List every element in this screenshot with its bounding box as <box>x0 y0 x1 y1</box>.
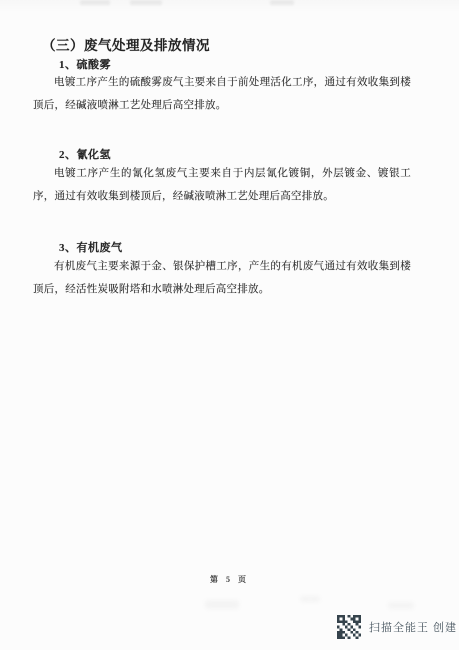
page-number: 第 5 页 <box>0 574 459 585</box>
qr-code-icon <box>337 615 361 639</box>
scan-artifact <box>205 600 239 609</box>
section-3-title: 3、有机废气 <box>59 239 123 255</box>
watermark-label: 扫描全能王 创建 <box>369 619 457 635</box>
scan-top-edge <box>0 0 459 13</box>
camscanner-watermark: 扫描全能王 创建 <box>337 615 457 639</box>
scan-artifact <box>388 602 414 609</box>
scanned-document-page: （三）废气处理及排放情况 1、硫酸雾 电镀工序产生的硫酸雾废气主要来自于前处理活… <box>0 0 459 650</box>
scan-artifact <box>300 596 320 602</box>
section-2-title: 2、氰化氢 <box>59 146 111 162</box>
scan-artifact <box>270 0 294 5</box>
section-1-paragraph: 电镀工序产生的硫酸雾废气主要来自于前处理活化工序，通过有效收集到楼顶后，经碱液喷… <box>33 72 411 117</box>
section-3-paragraph: 有机废气主要来源于金、银保护槽工序，产生的有机废气通过有效收集到楼顶后，经活性炭… <box>33 256 411 301</box>
scan-artifact <box>130 0 162 5</box>
section-2-paragraph: 电镀工序产生的氰化氢废气主要来自于内层氰化镀铜，外层镀金、镀银工序，通过有效收集… <box>33 163 411 208</box>
section-1-title: 1、硫酸雾 <box>59 56 111 72</box>
document-heading: （三）废气处理及排放情况 <box>42 34 210 54</box>
scan-artifact <box>80 0 110 5</box>
